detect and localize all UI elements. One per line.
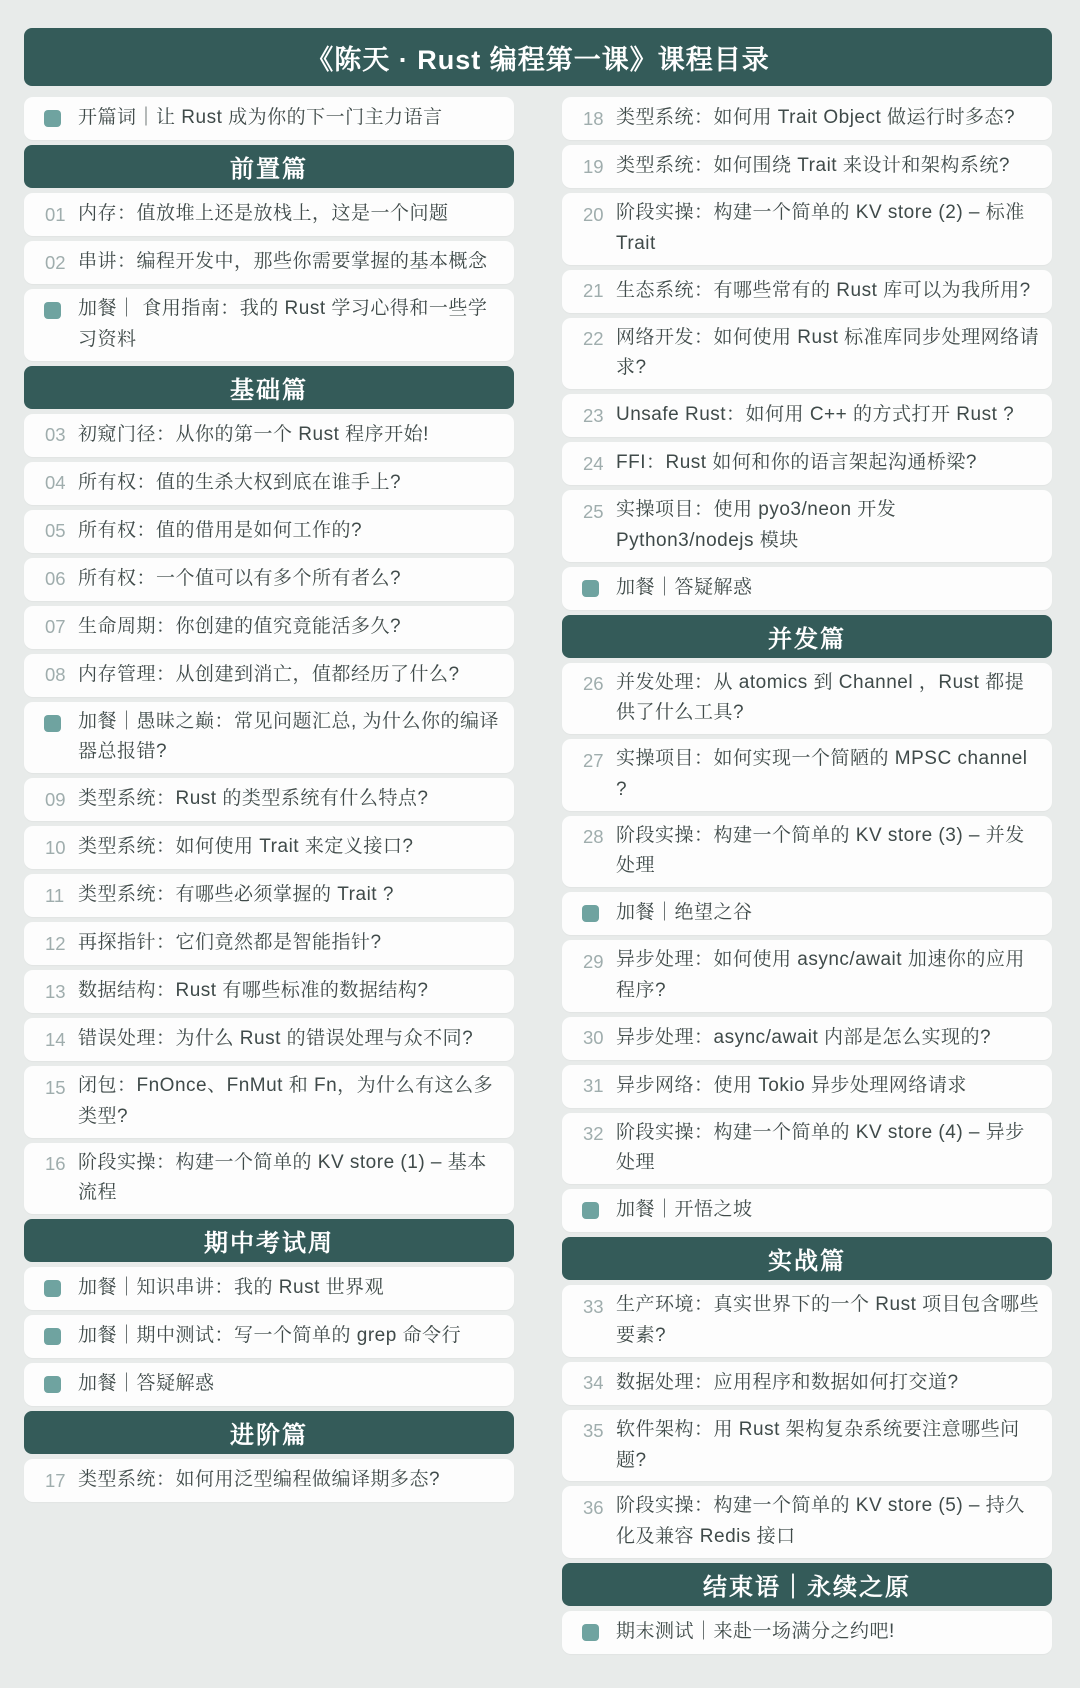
square-bullet-icon bbox=[44, 302, 61, 319]
item-title: 加餐｜知识串讲：我的 Rust 世界观 bbox=[78, 1273, 502, 1304]
item-title: 实操项目：如何实现一个简陋的 MPSC channel ? bbox=[616, 744, 1040, 806]
item-number: 20 bbox=[574, 198, 616, 231]
item-number: 15 bbox=[36, 1071, 78, 1104]
toc-item[interactable]: 34数据处理：应用程序和数据如何打交道? bbox=[562, 1362, 1052, 1405]
item-title: 数据处理：应用程序和数据如何打交道? bbox=[616, 1368, 1040, 1399]
page-title-text: 《陈天 · Rust 编程第一课》课程目录 bbox=[306, 38, 770, 77]
item-title: 所有权：一个值可以有多个所有者么? bbox=[78, 564, 502, 595]
section-header: 前置篇 bbox=[24, 145, 514, 188]
toc-item[interactable]: 加餐｜答疑解惑 bbox=[24, 1363, 514, 1406]
item-title: 阶段实操：构建一个简单的 KV store (5) – 持久化及兼容 Redis… bbox=[616, 1491, 1040, 1553]
toc-item[interactable]: 加餐｜期中测试：写一个简单的 grep 命令行 bbox=[24, 1315, 514, 1358]
toc-item[interactable]: 加餐｜绝望之谷 bbox=[562, 892, 1052, 935]
item-number: 10 bbox=[36, 831, 78, 864]
section-header-label: 实战篇 bbox=[768, 1241, 846, 1276]
item-number: 18 bbox=[574, 102, 616, 135]
toc-item[interactable]: 27实操项目：如何实现一个简陋的 MPSC channel ? bbox=[562, 739, 1052, 811]
item-number: 36 bbox=[574, 1491, 616, 1524]
item-title: 并发处理：从 atomics 到 Channel ，Rust 都提供了什么工具? bbox=[616, 668, 1040, 730]
item-number: 26 bbox=[574, 668, 616, 701]
toc-item[interactable]: 19类型系统：如何围绕 Trait 来设计和架构系统? bbox=[562, 145, 1052, 188]
square-bullet-icon bbox=[44, 1280, 61, 1297]
square-bullet-icon bbox=[582, 1202, 599, 1219]
section-header-label: 并发篇 bbox=[768, 619, 846, 654]
bullet-icon bbox=[574, 897, 616, 930]
item-title: 开篇词｜让 Rust 成为你的下一门主力语言 bbox=[78, 103, 502, 134]
item-title: 加餐｜期中测试：写一个简单的 grep 命令行 bbox=[78, 1321, 502, 1352]
toc-item[interactable]: 11类型系统：有哪些必须掌握的 Trait ? bbox=[24, 874, 514, 917]
square-bullet-icon bbox=[44, 1376, 61, 1393]
toc-item[interactable]: 16阶段实操：构建一个简单的 KV store (1) – 基本流程 bbox=[24, 1143, 514, 1215]
item-title: 加餐｜答疑解惑 bbox=[616, 573, 1040, 604]
toc-item[interactable]: 06所有权：一个值可以有多个所有者么? bbox=[24, 558, 514, 601]
toc-column-right: 18类型系统：如何用 Trait Object 做运行时多态?19类型系统：如何… bbox=[562, 97, 1052, 1654]
bullet-icon bbox=[574, 572, 616, 605]
bullet-icon bbox=[36, 102, 78, 135]
item-title: 加餐｜开悟之坡 bbox=[616, 1195, 1040, 1226]
item-number: 17 bbox=[36, 1464, 78, 1497]
toc-item[interactable]: 02串讲：编程开发中，那些你需要掌握的基本概念 bbox=[24, 241, 514, 284]
item-number: 06 bbox=[36, 563, 78, 596]
toc-item[interactable]: 23Unsafe Rust：如何用 C++ 的方式打开 Rust ? bbox=[562, 394, 1052, 437]
section-header: 实战篇 bbox=[562, 1237, 1052, 1280]
toc-item[interactable]: 18类型系统：如何用 Trait Object 做运行时多态? bbox=[562, 97, 1052, 140]
item-title: 所有权：值的借用是如何工作的? bbox=[78, 516, 502, 547]
item-title: 阶段实操：构建一个简单的 KV store (4) – 异步处理 bbox=[616, 1118, 1040, 1180]
item-title: 错误处理：为什么 Rust 的错误处理与众不同? bbox=[78, 1024, 502, 1055]
toc-item[interactable]: 28阶段实操：构建一个简单的 KV store (3) – 并发处理 bbox=[562, 816, 1052, 888]
item-title: 加餐｜答疑解惑 bbox=[78, 1369, 502, 1400]
item-title: 异步处理：如何使用 async/await 加速你的应用程序? bbox=[616, 945, 1040, 1007]
section-header: 期中考试周 bbox=[24, 1219, 514, 1262]
item-number: 03 bbox=[36, 419, 78, 452]
toc-item[interactable]: 12再探指针：它们竟然都是智能指针? bbox=[24, 922, 514, 965]
item-title: 加餐｜愚昧之巅：常见问题汇总, 为什么你的编译器总报错? bbox=[78, 707, 502, 769]
item-number: 29 bbox=[574, 945, 616, 978]
item-number: 24 bbox=[574, 447, 616, 480]
item-number: 12 bbox=[36, 927, 78, 960]
square-bullet-icon bbox=[44, 110, 61, 127]
toc-item[interactable]: 加餐｜愚昧之巅：常见问题汇总, 为什么你的编译器总报错? bbox=[24, 702, 514, 774]
item-title: 期末测试｜来赴一场满分之约吧! bbox=[616, 1617, 1040, 1648]
toc-item[interactable]: 期末测试｜来赴一场满分之约吧! bbox=[562, 1611, 1052, 1654]
square-bullet-icon bbox=[582, 580, 599, 597]
item-title: 实操项目：使用 pyo3/neon 开发 Python3/nodejs 模块 bbox=[616, 495, 1040, 557]
bullet-icon bbox=[36, 1320, 78, 1353]
toc-item[interactable]: 10类型系统：如何使用 Trait 来定义接口? bbox=[24, 826, 514, 869]
toc-item[interactable]: 加餐｜知识串讲：我的 Rust 世界观 bbox=[24, 1267, 514, 1310]
item-number: 35 bbox=[574, 1415, 616, 1448]
toc-item[interactable]: 04所有权：值的生杀大权到底在谁手上? bbox=[24, 462, 514, 505]
toc-column-left: 开篇词｜让 Rust 成为你的下一门主力语言前置篇01内存：值放堆上还是放栈上，… bbox=[24, 97, 514, 1654]
item-title: 类型系统：有哪些必须掌握的 Trait ? bbox=[78, 880, 502, 911]
item-title: FFI：Rust 如何和你的语言架起沟通桥梁? bbox=[616, 448, 1040, 479]
item-title: 生态系统：有哪些常有的 Rust 库可以为我所用? bbox=[616, 276, 1040, 307]
item-title: 生产环境：真实世界下的一个 Rust 项目包含哪些要素? bbox=[616, 1290, 1040, 1352]
square-bullet-icon bbox=[44, 1328, 61, 1345]
item-title: 内存管理：从创建到消亡，值都经历了什么? bbox=[78, 660, 502, 691]
item-number: 11 bbox=[36, 879, 78, 912]
item-title: 闭包：FnOnce、FnMut 和 Fn，为什么有这么多类型? bbox=[78, 1071, 502, 1133]
item-title: 内存：值放堆上还是放栈上，这是一个问题 bbox=[78, 199, 502, 230]
section-header-label: 基础篇 bbox=[230, 370, 308, 405]
toc-item[interactable]: 21生态系统：有哪些常有的 Rust 库可以为我所用? bbox=[562, 270, 1052, 313]
page-title: 《陈天 · Rust 编程第一课》课程目录 bbox=[24, 28, 1052, 86]
section-header: 结束语｜永续之原 bbox=[562, 1563, 1052, 1606]
section-header: 基础篇 bbox=[24, 366, 514, 409]
toc-item[interactable]: 29异步处理：如何使用 async/await 加速你的应用程序? bbox=[562, 940, 1052, 1012]
toc-item[interactable]: 03初窥门径：从你的第一个 Rust 程序开始! bbox=[24, 414, 514, 457]
course-toc-page: 《陈天 · Rust 编程第一课》课程目录 开篇词｜让 Rust 成为你的下一门… bbox=[0, 0, 1080, 1688]
bullet-icon bbox=[36, 707, 78, 740]
item-title: 类型系统：Rust 的类型系统有什么特点? bbox=[78, 784, 502, 815]
item-title: 再探指针：它们竟然都是智能指针? bbox=[78, 928, 502, 959]
section-header: 并发篇 bbox=[562, 615, 1052, 658]
toc-item[interactable]: 01内存：值放堆上还是放栈上，这是一个问题 bbox=[24, 193, 514, 236]
item-title: 类型系统：如何用 Trait Object 做运行时多态? bbox=[616, 103, 1040, 134]
item-number: 07 bbox=[36, 611, 78, 644]
item-title: 阶段实操：构建一个简单的 KV store (1) – 基本流程 bbox=[78, 1148, 502, 1210]
toc-item[interactable]: 开篇词｜让 Rust 成为你的下一门主力语言 bbox=[24, 97, 514, 140]
item-number: 16 bbox=[36, 1148, 78, 1181]
item-number: 01 bbox=[36, 198, 78, 231]
section-header-label: 前置篇 bbox=[230, 149, 308, 184]
item-title: 加餐｜绝望之谷 bbox=[616, 898, 1040, 929]
toc-item[interactable]: 36阶段实操：构建一个简单的 KV store (5) – 持久化及兼容 Red… bbox=[562, 1486, 1052, 1558]
bullet-icon bbox=[36, 1368, 78, 1401]
item-number: 19 bbox=[574, 150, 616, 183]
item-number: 02 bbox=[36, 246, 78, 279]
toc-item[interactable]: 加餐｜ 食用指南：我的 Rust 学习心得和一些学习资料 bbox=[24, 289, 514, 361]
section-header: 进阶篇 bbox=[24, 1411, 514, 1454]
item-title: 初窥门径：从你的第一个 Rust 程序开始! bbox=[78, 420, 502, 451]
item-number: 31 bbox=[574, 1070, 616, 1103]
item-title: 网络开发：如何使用 Rust 标准库同步处理网络请求? bbox=[616, 323, 1040, 385]
item-number: 23 bbox=[574, 399, 616, 432]
item-title: 异步处理：async/await 内部是怎么实现的? bbox=[616, 1023, 1040, 1054]
item-number: 08 bbox=[36, 659, 78, 692]
item-title: 类型系统：如何使用 Trait 来定义接口? bbox=[78, 832, 502, 863]
item-title: 类型系统：如何围绕 Trait 来设计和架构系统? bbox=[616, 151, 1040, 182]
toc-item[interactable]: 09类型系统：Rust 的类型系统有什么特点? bbox=[24, 778, 514, 821]
item-number: 25 bbox=[574, 495, 616, 528]
item-number: 30 bbox=[574, 1022, 616, 1055]
toc-item[interactable]: 25实操项目：使用 pyo3/neon 开发 Python3/nodejs 模块 bbox=[562, 490, 1052, 562]
toc-item[interactable]: 35软件架构：用 Rust 架构复杂系统要注意哪些问题? bbox=[562, 1410, 1052, 1482]
toc-item[interactable]: 14错误处理：为什么 Rust 的错误处理与众不同? bbox=[24, 1018, 514, 1061]
bullet-icon bbox=[36, 294, 78, 327]
item-title: Unsafe Rust：如何用 C++ 的方式打开 Rust ? bbox=[616, 400, 1040, 431]
item-title: 所有权：值的生杀大权到底在谁手上? bbox=[78, 468, 502, 499]
toc-item[interactable]: 22网络开发：如何使用 Rust 标准库同步处理网络请求? bbox=[562, 318, 1052, 390]
item-number: 28 bbox=[574, 821, 616, 854]
item-number: 22 bbox=[574, 323, 616, 356]
toc-item[interactable]: 17类型系统：如何用泛型编程做编译期多态? bbox=[24, 1459, 514, 1502]
bullet-icon bbox=[574, 1616, 616, 1649]
bullet-icon bbox=[574, 1194, 616, 1227]
toc-item[interactable]: 33生产环境：真实世界下的一个 Rust 项目包含哪些要素? bbox=[562, 1285, 1052, 1357]
toc-item[interactable]: 30异步处理：async/await 内部是怎么实现的? bbox=[562, 1017, 1052, 1060]
toc-item[interactable]: 32阶段实操：构建一个简单的 KV store (4) – 异步处理 bbox=[562, 1113, 1052, 1185]
toc-item[interactable]: 31异步网络：使用 Tokio 异步处理网络请求 bbox=[562, 1065, 1052, 1108]
toc-item[interactable]: 15闭包：FnOnce、FnMut 和 Fn，为什么有这么多类型? bbox=[24, 1066, 514, 1138]
section-header-label: 期中考试周 bbox=[204, 1223, 334, 1258]
square-bullet-icon bbox=[44, 715, 61, 732]
toc-item[interactable]: 加餐｜开悟之坡 bbox=[562, 1189, 1052, 1232]
item-number: 05 bbox=[36, 515, 78, 548]
toc-item[interactable]: 07生命周期：你创建的值究竟能活多久? bbox=[24, 606, 514, 649]
item-number: 34 bbox=[574, 1367, 616, 1400]
bullet-icon bbox=[36, 1272, 78, 1305]
toc-item[interactable]: 08内存管理：从创建到消亡，值都经历了什么? bbox=[24, 654, 514, 697]
toc-item[interactable]: 05所有权：值的借用是如何工作的? bbox=[24, 510, 514, 553]
item-number: 14 bbox=[36, 1023, 78, 1056]
item-title: 类型系统：如何用泛型编程做编译期多态? bbox=[78, 1465, 502, 1496]
item-title: 数据结构：Rust 有哪些标准的数据结构? bbox=[78, 976, 502, 1007]
item-title: 阶段实操：构建一个简单的 KV store (3) – 并发处理 bbox=[616, 821, 1040, 883]
item-title: 软件架构：用 Rust 架构复杂系统要注意哪些问题? bbox=[616, 1415, 1040, 1477]
item-title: 异步网络：使用 Tokio 异步处理网络请求 bbox=[616, 1071, 1040, 1102]
toc-item[interactable]: 加餐｜答疑解惑 bbox=[562, 567, 1052, 610]
item-number: 32 bbox=[574, 1118, 616, 1151]
toc-item[interactable]: 20阶段实操：构建一个简单的 KV store (2) – 标准 Trait bbox=[562, 193, 1052, 265]
item-number: 13 bbox=[36, 975, 78, 1008]
toc-item[interactable]: 24FFI：Rust 如何和你的语言架起沟通桥梁? bbox=[562, 442, 1052, 485]
section-header-label: 结束语｜永续之原 bbox=[703, 1567, 911, 1602]
toc-item[interactable]: 13数据结构：Rust 有哪些标准的数据结构? bbox=[24, 970, 514, 1013]
item-title: 加餐｜ 食用指南：我的 Rust 学习心得和一些学习资料 bbox=[78, 294, 502, 356]
section-header-label: 进阶篇 bbox=[230, 1415, 308, 1450]
item-number: 27 bbox=[574, 744, 616, 777]
toc-item[interactable]: 26并发处理：从 atomics 到 Channel ，Rust 都提供了什么工… bbox=[562, 663, 1052, 735]
item-number: 21 bbox=[574, 275, 616, 308]
item-title: 阶段实操：构建一个简单的 KV store (2) – 标准 Trait bbox=[616, 198, 1040, 260]
item-title: 生命周期：你创建的值究竟能活多久? bbox=[78, 612, 502, 643]
item-number: 09 bbox=[36, 783, 78, 816]
item-number: 04 bbox=[36, 467, 78, 500]
toc-columns: 开篇词｜让 Rust 成为你的下一门主力语言前置篇01内存：值放堆上还是放栈上，… bbox=[24, 97, 1052, 1654]
square-bullet-icon bbox=[582, 905, 599, 922]
item-number: 33 bbox=[574, 1290, 616, 1323]
item-title: 串讲：编程开发中，那些你需要掌握的基本概念 bbox=[78, 247, 502, 278]
square-bullet-icon bbox=[582, 1624, 599, 1641]
